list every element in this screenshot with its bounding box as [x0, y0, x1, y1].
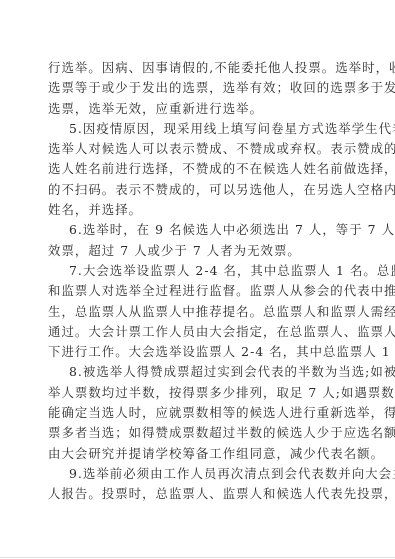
document-page: 行选举。因病、因事请假的,不能委托他人投票。选举时，收回的选票等于或少于发出的选… — [48, 58, 348, 505]
text-line: 票多者当选；如得赞成票数超过半数的候选人少于应选名额时， — [48, 423, 348, 443]
paragraph-start-line: 5.因疫情原因，现采用线上填写问卷星方式选举学生代表。 — [48, 119, 348, 139]
text-line: 选票，选举无效，应重新进行选举。 — [48, 99, 348, 119]
text-line: 通过。大会计票工作人员由大会指定，在总监票人、监票人监督 — [48, 322, 348, 342]
text-line: 和监票人对选举全过程进行监督。监票人从参会的代表中推选产 — [48, 281, 348, 301]
text-line: 举人票数均过半数，按得票多少排列，取足 7 人;如遇票数相等不 — [48, 383, 348, 403]
paragraph-start-line: 8.被选举人得赞成票超过实到会代表的半数为当选;如被选 — [48, 362, 348, 382]
page-bottom-divider — [0, 557, 395, 558]
text-line: 生，总监票人从监票人中推荐提名。总监票人和监票人需经大会 — [48, 302, 348, 322]
text-line: 的不扫码。表示不赞成的，可以另选他人，在另选人空格内写上 — [48, 180, 348, 200]
text-line: 效票，超过 7 人或少于 7 人者为无效票。 — [48, 241, 348, 261]
text-line: 选举人对候选人可以表示赞成、不赞成或弃权。表示赞成的在候 — [48, 139, 348, 159]
text-line: 能确定当选人时，应就票数相等的候选人进行重新选举，得赞成 — [48, 403, 348, 423]
text-line: 人报告。投票时，总监票人、监票人和候选人代表先投票，其他 — [48, 484, 348, 504]
paragraph-start-line: 7.大会选举设监票人 2-4 名，其中总监票人 1 名。总监票人 — [48, 261, 348, 281]
text-line: 姓名，并选择。 — [48, 200, 348, 220]
text-line: 行选举。因病、因事请假的,不能委托他人投票。选举时，收回的 — [48, 58, 348, 78]
text-line: 选人姓名前进行选择，不赞成的不在候选人姓名前做选择，弃权 — [48, 159, 348, 179]
text-line: 选票等于或少于发出的选票，选举有效；收回的选票多于发出的 — [48, 78, 348, 98]
paragraph-start-line: 6.选举时，在 9 名候选人中必须选出 7 人，等于 7 人者为有 — [48, 220, 348, 240]
text-line: 下进行工作。大会选举设监票人 2-4 名，其中总监票人 1 名。 — [48, 342, 348, 362]
text-line: 由大会研究并提请学校筹备工作组同意，减少代表名额。 — [48, 444, 348, 464]
paragraph-start-line: 9.选举前必须由工作人员再次清点到会代表数并向大会主持 — [48, 464, 348, 484]
